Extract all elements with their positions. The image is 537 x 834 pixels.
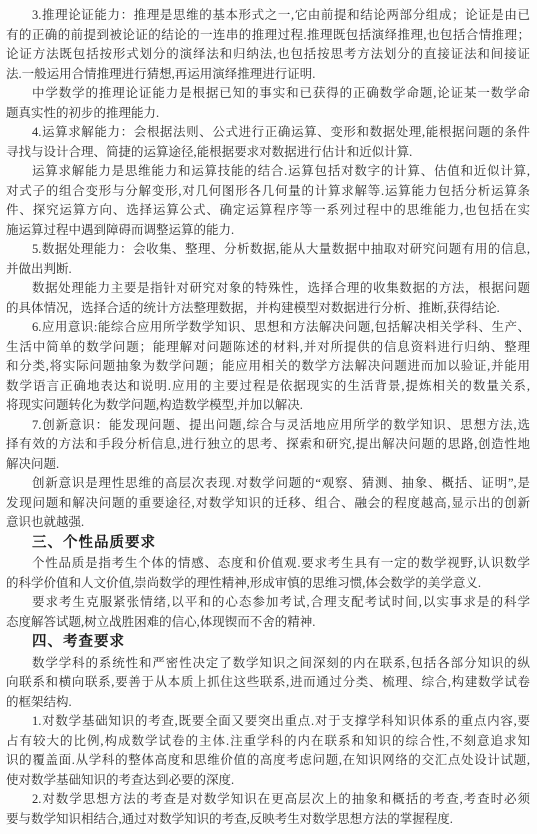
document-line: 向联系和横向联系,要善于从本质上抓住这些联系,进而通过分类、梳理、综合,构建数学… xyxy=(6,673,530,693)
document-line: 和分类,将实际问题抽象为数学问题；能应用相关的数学方法解决问题进而加以验证,并能… xyxy=(6,357,530,377)
document-line: 个性品质是指考生个体的情感、态度和价值观.要求考生具有一定的数学视野,认识数学 xyxy=(6,554,530,574)
document-text: 3.推理论证能力：推理是思维的基本形式之一,它由前提和结论两部分组成；论证是由已… xyxy=(6,6,530,829)
document-line: 生活中简单的数学问题；能理解对问题陈述的材料,并对所提供的信息资料进行归纳、整理 xyxy=(6,338,530,358)
document-line: 态度解答试题,树立战胜困难的信心,体现锲而不舍的精神. xyxy=(6,613,530,633)
document-line: 解决问题. xyxy=(6,455,530,475)
document-line: 件、探究运算方向、选择运算公式、确定运算程序等一系列过程中的思维能力,也包括在实 xyxy=(6,201,530,221)
document-line: 论证方法既包括按形式划分的演绎法和归纳法,也包括按思考方法划分的直接证法和间接证 xyxy=(6,45,530,65)
document-line: 施运算过程中遇到障碍而调整运算的能力. xyxy=(6,221,530,241)
document-line: 使对数学基础知识的考查达到必要的深度. xyxy=(6,771,530,791)
document-line: 数据处理能力主要是指针对研究对象的特殊性，选择合理的收集数据的方法，根据问题 xyxy=(6,279,530,299)
document-line: 创新意识是理性思维的高层次表现.对数学问题的“观察、猜测、抽象、概括、证明”,是 xyxy=(6,474,530,494)
document-line: 的科学价值和人文价值,崇尚数学的理性精神,形成审慎的思维习惯,体会数学的美学意义… xyxy=(6,574,530,594)
document-line: 3.推理论证能力：推理是思维的基本形式之一,它由前提和结论两部分组成；论证是由已 xyxy=(6,6,530,26)
document-line: 的具体情况，选择合适的统计方法整理数据，并构建模型对数据进行分析、推断,获得结论… xyxy=(6,299,530,319)
document-line: 寻找与设计合理、简捷的运算途径,能根据要求对数据进行估计和近似计算. xyxy=(6,143,530,163)
document-line: 有的正确的前提到被论证的结论的一连串的推理过程.推理既包括演绎推理,也包括合情推… xyxy=(6,26,530,46)
document-line: 题真实性的初步的推理能力. xyxy=(6,104,530,124)
section-heading: 三、个性品质要求 xyxy=(6,533,530,555)
document-line: 识的覆盖面.从学科的整体高度和思维价值的高度考虑问题,在知识网络的交汇点处设计试… xyxy=(6,751,530,771)
document-line: 7.创新意识：能发现问题、提出问题,综合与灵活地应用所学的数学知识、思想方法,选 xyxy=(6,416,530,436)
document-line: 对式子的组合变形与分解变形,对几何图形各几何量的计算求解等.运算能力包括分析运算… xyxy=(6,182,530,202)
document-line: 运算求解能力是思维能力和运算技能的结合.运算包括对数字的计算、估值和近似计算, xyxy=(6,162,530,182)
document-line: 数学语言正确地表达和说明.应用的主要过程是依据现实的生活背景,提炼相关的数量关系… xyxy=(6,377,530,397)
document-line: 4.运算求解能力：会根据法则、公式进行正确运算、变形和数据处理,能根据问题的条件 xyxy=(6,123,530,143)
document-line: 的框架结构. xyxy=(6,693,530,713)
document-line: 法.一般运用合情推理进行猜想,再运用演绎推理进行证明. xyxy=(6,65,530,85)
document-line: 将现实问题转化为数学问题,构造数学模型,并加以解决. xyxy=(6,396,530,416)
document-line: 1.对数学基础知识的考查,既要全面又要突出重点.对于支撑学科知识体系的重点内容,… xyxy=(6,712,530,732)
document-line: 要与数学知识相结合,通过对数学知识的考查,反映考生对数学思想方法的掌握程度. xyxy=(6,810,530,830)
document-line: 发现问题和解决问题的重要途径,对数学知识的迁移、组合、融会的程度越高,显示出的创… xyxy=(6,494,530,514)
section-heading: 四、考查要求 xyxy=(6,632,530,654)
document-line: 5.数据处理能力：会收集、整理、分析数据,能从大量数据中抽取对研究问题有用的信息… xyxy=(6,240,530,260)
document-line: 并做出判断. xyxy=(6,260,530,280)
document-line: 6.应用意识:能综合应用所学数学知识、思想和方法解决问题,包括解决相关学科、生产… xyxy=(6,318,530,338)
document-line: 意识也就越强. xyxy=(6,513,530,533)
document-line: 择有效的方法和手段分析信息,进行独立的思考、探索和研究,提出解决问题的思路,创造… xyxy=(6,435,530,455)
document-line: 2.对数学思想方法的考查是对数学知识在更高层次上的抽象和概括的考查,考查时必须 xyxy=(6,790,530,810)
document-line: 要求考生克服紧张情绪,以平和的心态参加考试,合理支配考试时间,以实事求是的科学 xyxy=(6,593,530,613)
document-line: 占有较大的比例,构成数学试卷的主体.注重学科的内在联系和知识的综合性,不刻意追求… xyxy=(6,732,530,752)
document-line: 中学数学的推理论证能力是根据已知的事实和已获得的正确数学命题,论证某一数学命 xyxy=(6,84,530,104)
document-page: 3.推理论证能力：推理是思维的基本形式之一,它由前提和结论两部分组成；论证是由已… xyxy=(0,0,537,834)
document-line: 数学学科的系统性和严密性决定了数学知识之间深刻的内在联系,包括各部分知识的纵 xyxy=(6,654,530,674)
